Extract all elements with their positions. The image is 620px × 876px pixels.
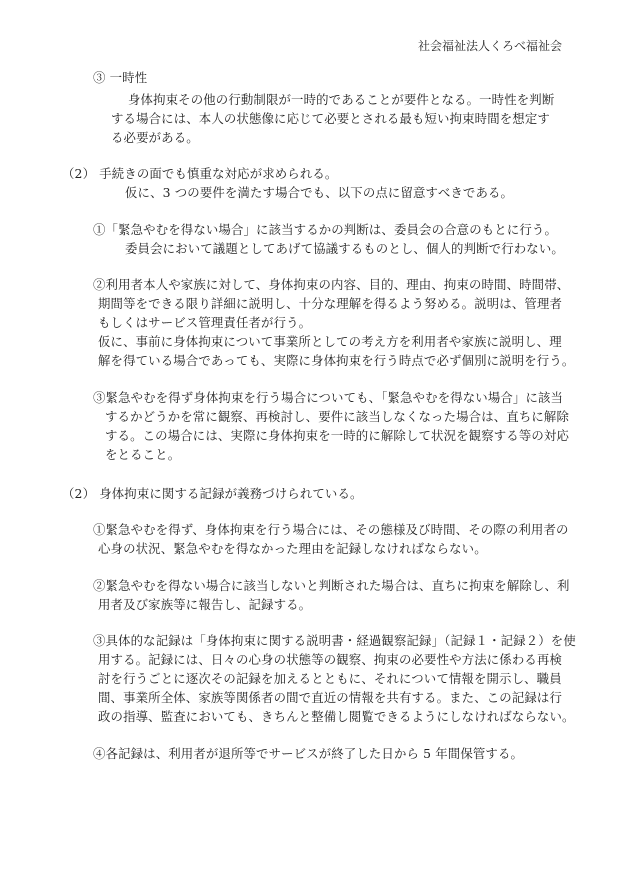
section-heading-records: （2） 身体拘束に関する記録が義務づけられている。 [62,486,363,502]
list-item-line: もしくはサービス管理責任者が行う。 [98,315,311,331]
list-item-line: するかどうかを常に観察、再検討し、要件に該当しなくなった場合は、直ちに解除 [105,409,569,425]
list-item-line: ③緊急やむを得ず身体拘束を行う場合についても、「緊急やむを得ない場合」に該当 [93,390,563,406]
organization-header: 社会福祉法人くろべ福祉会 [418,38,562,54]
list-item-line: ②緊急やむを得ない場合に該当しないと判断された場合は、直ちに拘束を解除し、利 [93,578,570,594]
list-item-line: をとること。 [105,447,180,463]
list-item-line: 解を得ている場合であっても、実際に身体拘束を行う時点で必ず個別に説明を行う。 [98,353,574,369]
list-item-line: 用者及び家族等に報告し、記録する。 [98,597,311,613]
paragraph-line: する場合には、本人の状態像に応じて必要とされる最も短い拘束時間を想定す [111,111,550,127]
section-heading-temporary: ③ 一時性 [93,70,147,86]
list-item-line: ④各記録は、利用者が退所等でサービスが終了した日から 5 年間保管する。 [93,746,523,762]
list-item-line: ①緊急やむを得ず、身体拘束を行う場合には、その態様及び時間、その際の利用者の [93,522,569,538]
paragraph-line: る必要がある。 [111,130,199,146]
list-item-line: 政の指導、監査においても、きちんと整備し閲覧できるようにしなければならない。 [98,709,575,725]
list-item-line: する。この場合には、実際に身体拘束を一時的に解除して状況を観察する等の対応 [105,428,569,444]
list-item-line: ①「緊急やむを得ない場合」に該当するかの判断は、委員会の合意のもとに行う。 [93,222,557,238]
section-intro: 仮に、3 つの要件を満たす場合でも、以下の点に留意すべきである。 [125,185,513,201]
list-item-line: 仮に、事前に身体拘束について事業所としての考え方を利用者や家族に説明し、理 [98,334,562,350]
list-item-line: 討を行うごとに逐次その記録を加えるとともに、それについて情報を開示し、職員 [98,671,562,687]
list-item-line: ②利用者本人や家族に対して、身体拘束の内容、目的、理由、拘束の時間、時間帯、 [93,277,569,293]
list-item-line: 間、事業所全体、家族等関係者の間で直近の情報を共有する。また、この記録は行 [98,690,562,706]
list-item-line: ③具体的な記録は「身体拘束に関する説明書・経過観察記録」（記録１・記録２）を使 [93,633,576,649]
list-item-line: 委員会において議題としてあげて協議するものとし、個人的判断で行わない。 [125,241,564,257]
list-item-line: 期間等をできる限り詳細に説明し、十分な理解を得るよう努める。説明は、管理者 [98,296,562,312]
list-item-line: 用する。記録には、日々の心身の状態等の観察、拘束の必要性や方法に係わる再検 [98,652,562,668]
paragraph-line: 身体拘束その他の行動制限が一時的であることが要件となる。一時性を判断 [128,92,554,108]
list-item-line: 心身の状況、緊急やむを得なかった理由を記録しなければならない。 [98,541,487,557]
section-heading-procedure: （2） 手続きの面でも慎重な対応が求められる。 [62,166,337,182]
